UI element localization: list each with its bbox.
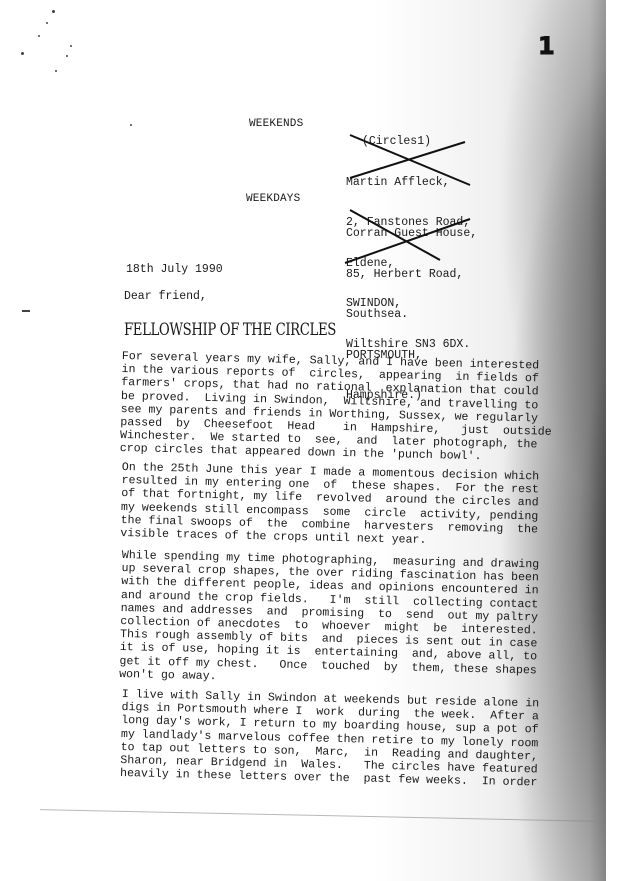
address-line: Corran Guest House, bbox=[346, 227, 477, 241]
paragraph-1: For several years my wife, Sally, and I … bbox=[120, 350, 570, 466]
paragraph-3: While spending my time photographing, me… bbox=[119, 549, 570, 691]
scan-speck bbox=[46, 22, 48, 24]
letter-heading: FELLOWSHIP OF THE CIRCLES bbox=[124, 320, 336, 340]
scan-speck bbox=[55, 70, 57, 72]
paragraph-2: On the 25th June this year I made a mome… bbox=[120, 461, 570, 550]
scan-speck bbox=[70, 45, 72, 47]
scan-speck bbox=[21, 52, 24, 55]
address-line: Southsea. bbox=[346, 308, 477, 322]
address-line: (Circles1) bbox=[346, 135, 470, 149]
scan-speck bbox=[66, 55, 68, 57]
weekends-label: WEEKENDS bbox=[249, 118, 303, 130]
scan-speck bbox=[38, 35, 40, 37]
page-number: 1 bbox=[538, 32, 555, 60]
address-line: Martin Affleck, bbox=[346, 176, 470, 190]
paragraph-4: I live with Sally in Swindon at weekends… bbox=[120, 688, 570, 791]
weekdays-label: WEEKDAYS bbox=[246, 193, 300, 205]
salutation: Dear friend, bbox=[124, 290, 207, 303]
scan-speck bbox=[52, 10, 55, 13]
scan-speck bbox=[22, 310, 30, 312]
address-line: 85, Herbert Road, bbox=[346, 268, 477, 282]
scanned-letter-page: 1 WEEKENDS (Circles1) Martin Affleck, 2,… bbox=[0, 0, 620, 881]
letter-date: 18th July 1990 bbox=[126, 263, 223, 276]
page-edge bbox=[606, 0, 620, 881]
scan-speck bbox=[130, 124, 132, 126]
scan-artifact-line bbox=[40, 809, 600, 822]
